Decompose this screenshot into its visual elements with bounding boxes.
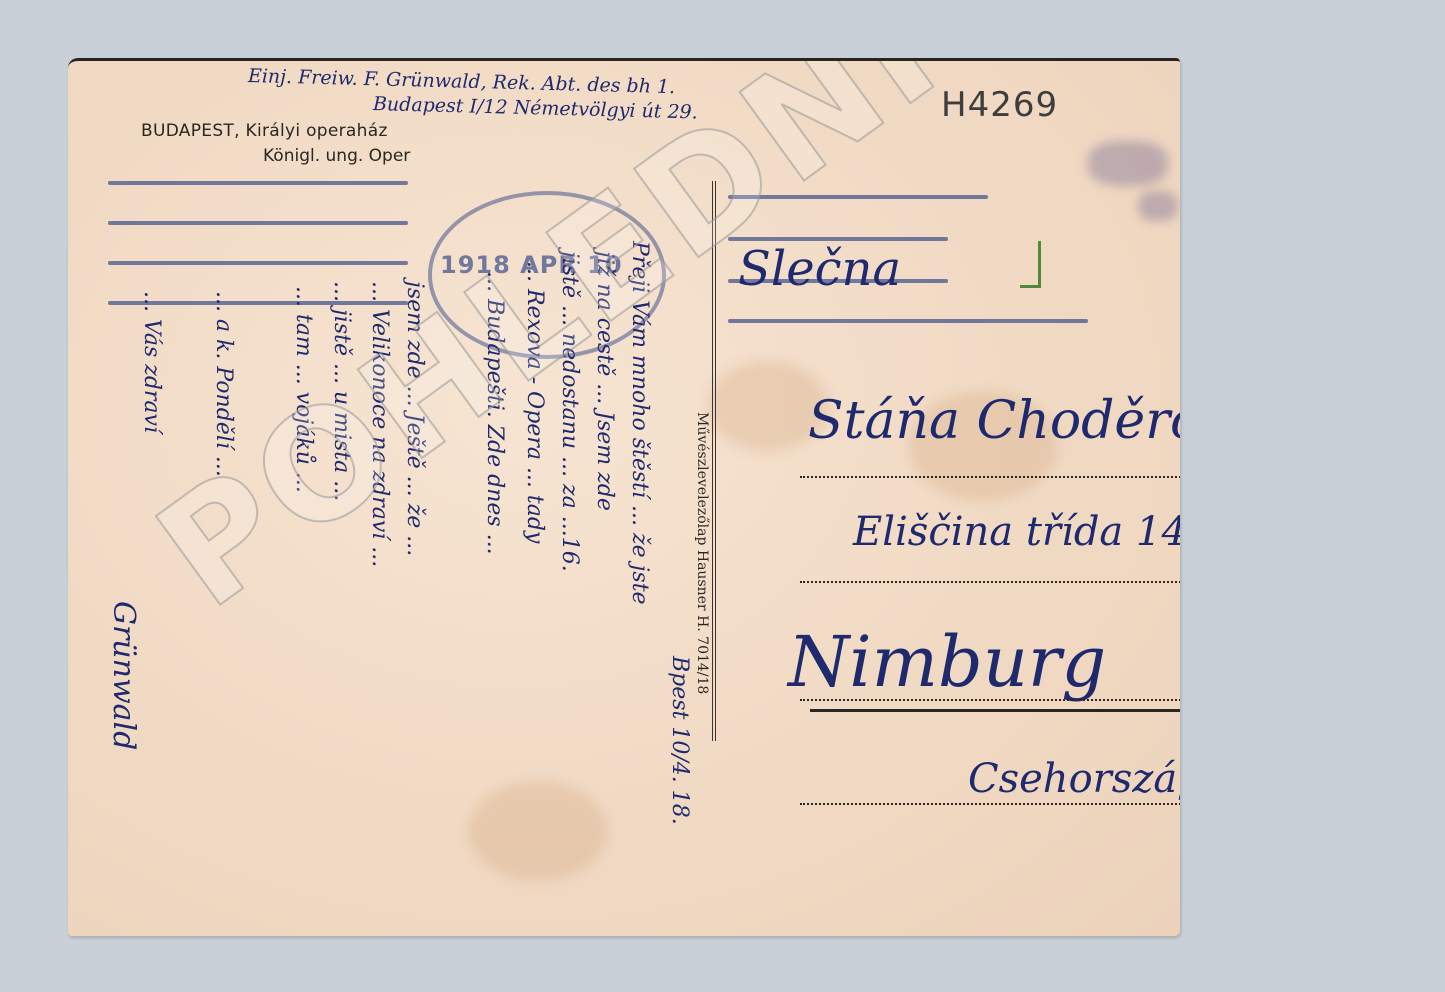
recipient-country: Csehország - Böhmen [968,756,1180,802]
printed-caption-title: BUDAPEST, Királyi operaház [141,121,388,141]
message-line: ... Velikonoce na zdraví ... [368,281,390,567]
message-line: ... Vás zdraví [140,291,162,433]
reference-number: H4269 [941,85,1058,125]
cancellation-line [108,221,408,225]
address-underline [810,709,1180,712]
postcard: BUDAPEST, Királyi operaház Königl. ung. … [68,58,1180,936]
message-line: jistě ... nedostanu ... za ...16. [558,251,580,572]
message-line: ... jistě ... u mista ... [330,281,352,501]
message-line: jsem zde ... Ještě ... že ... [403,281,425,556]
recipient-name: Stáňa Choděrová [808,391,1180,451]
message-line: Přeji Vám mnoho štěstí ... že jste [628,241,650,605]
sender-address-line-2: Budapest I/12 Németvölgyi út 29. [373,93,698,123]
cancellation-line [728,195,988,199]
ink-smudge [1088,141,1168,186]
message-line: ... tam ... vojáků ... [292,286,314,493]
address-dotted-line [800,581,1180,583]
center-divider [712,181,716,741]
paper-stain [468,781,608,881]
message-dateline: Bpest 10/4. 18. [668,656,690,825]
recipient-street: Eliščina třída 146 [853,509,1180,555]
message-line: již na cestě ... Jsem zde [593,251,615,511]
message-line: ... Rexova - Opera ... tady [523,261,545,543]
cancellation-line [108,261,408,265]
message-line: ... Budapešti. Zde dnes ... [483,271,505,555]
message-signature: Grünwald [108,601,138,750]
sender-address-line-1: Einj. Freiw. F. Grünwald, Rek. Abt. des … [248,65,676,98]
message-line: ... a k. Pondělí ... [212,291,234,477]
address-dotted-line [800,803,1180,805]
address-dotted-line [800,476,1180,478]
stamp-remnant [1020,241,1041,288]
address-dotted-line [800,699,1180,701]
recipient-salutation: Slečna [738,241,901,297]
cancellation-line [108,181,408,185]
publisher-imprint: Művészlevelezőlap Hausner H. 7014/18 [694,412,710,682]
ink-smudge [1138,191,1178,221]
recipient-city: Nimburg [788,621,1106,703]
printed-caption-subtitle: Königl. ung. Oper [263,146,410,166]
cancellation-line [728,319,1088,323]
